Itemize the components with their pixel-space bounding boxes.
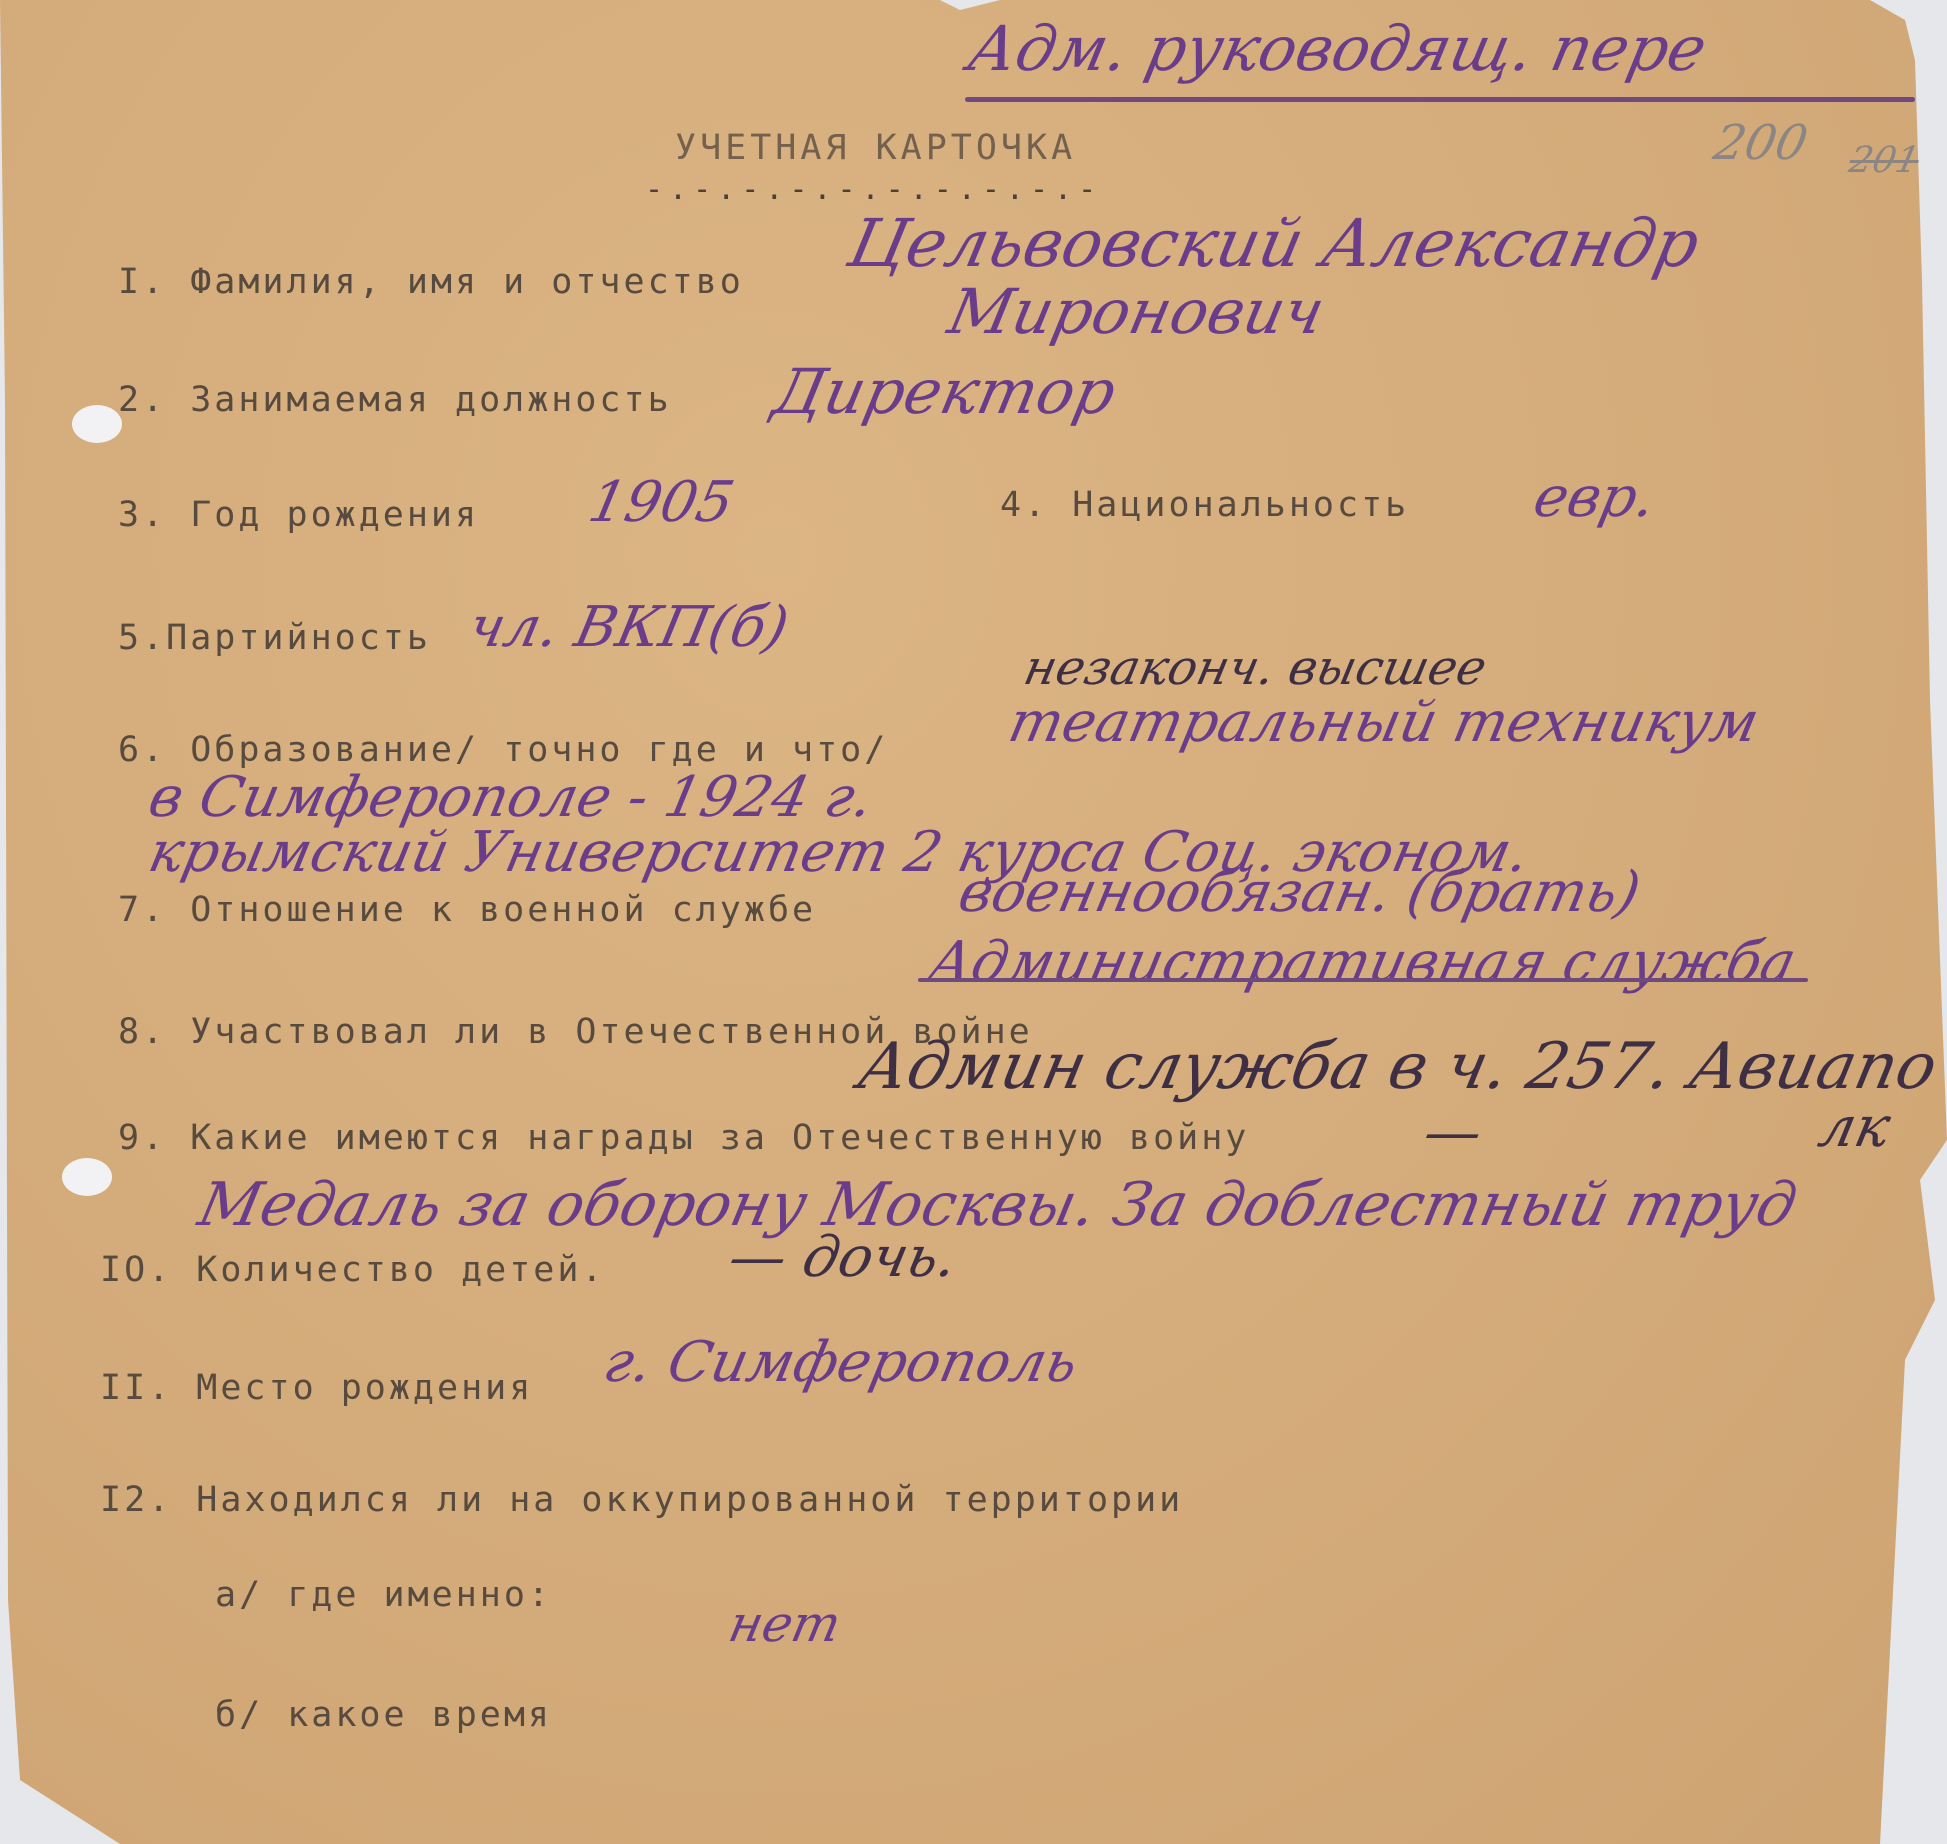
field-value-birthplace: г. Симферополь bbox=[598, 1330, 1084, 1395]
field-value-position: Директор bbox=[767, 355, 1122, 428]
field-value-war-participation-line1: Админ служба в ч. 257. Авиапо bbox=[852, 1030, 1943, 1104]
field-label-birth-year: 3. Год рождения bbox=[118, 495, 479, 535]
field-label-nationality: 4. Национальность bbox=[1000, 485, 1409, 525]
field-value-military-line1: военнообязан. (брать) bbox=[953, 860, 1646, 925]
field-label-where: а/ где именно: bbox=[215, 1575, 552, 1615]
title-decoration: -.-.-.-.-.-.-.-.-.- bbox=[645, 172, 1102, 207]
military-underline bbox=[918, 978, 1808, 982]
field-label-party: 5.Партийность bbox=[118, 618, 431, 658]
field-label-occupied-territory: I2. Находился ли на оккупированной терри… bbox=[100, 1480, 1183, 1520]
field-value-awards: Медаль за оборону Москвы. За доблестный … bbox=[193, 1170, 1803, 1240]
field-label-awards: 9. Какие имеются награды за Отечественну… bbox=[118, 1118, 1249, 1158]
field-label-position: 2. Занимаемая должность bbox=[118, 380, 672, 420]
field-value-name-line1: Цельвовский Александр bbox=[842, 205, 1706, 282]
field-value-where: нет bbox=[724, 1595, 846, 1653]
field-value-party: чл. ВКП(б) bbox=[463, 595, 794, 660]
punch-hole bbox=[72, 405, 122, 443]
field-value-education-line2: театральный техникум bbox=[1003, 690, 1764, 755]
archive-number: 200 bbox=[1709, 115, 1813, 171]
field-value-birth-year: 1905 bbox=[583, 470, 739, 535]
archive-number-crossed: 201 bbox=[1846, 140, 1923, 181]
field-label-military: 7. Отношение к военной службе bbox=[118, 890, 816, 930]
top-annotation: Адм. руководящ. пере bbox=[962, 12, 1713, 85]
field-label-children: IO. Количество детей. bbox=[100, 1250, 606, 1290]
field-label-when: б/ какое время bbox=[215, 1695, 552, 1735]
annotation-underline bbox=[965, 97, 1915, 102]
field-label-education: 6. Образование/ точно где и что/ bbox=[118, 730, 888, 770]
field-label-birthplace: II. Место рождения bbox=[100, 1368, 533, 1408]
field-value-nationality: евр. bbox=[1528, 465, 1661, 530]
field-value-name-line2: Миронович bbox=[942, 275, 1331, 348]
punch-hole bbox=[62, 1158, 112, 1196]
field-value-military-line2: Административная служба bbox=[923, 930, 1802, 995]
field-value-children: — дочь. bbox=[723, 1225, 963, 1290]
page-title: УЧЕТНАЯ КАРТОЧКА bbox=[675, 128, 1076, 168]
field-value-war-participation-line2: лк bbox=[1813, 1095, 1896, 1160]
field-label-name: I. Фамилия, имя и отчество bbox=[118, 262, 744, 302]
field-value-education-line1: незаконч. высшее bbox=[1019, 640, 1491, 696]
